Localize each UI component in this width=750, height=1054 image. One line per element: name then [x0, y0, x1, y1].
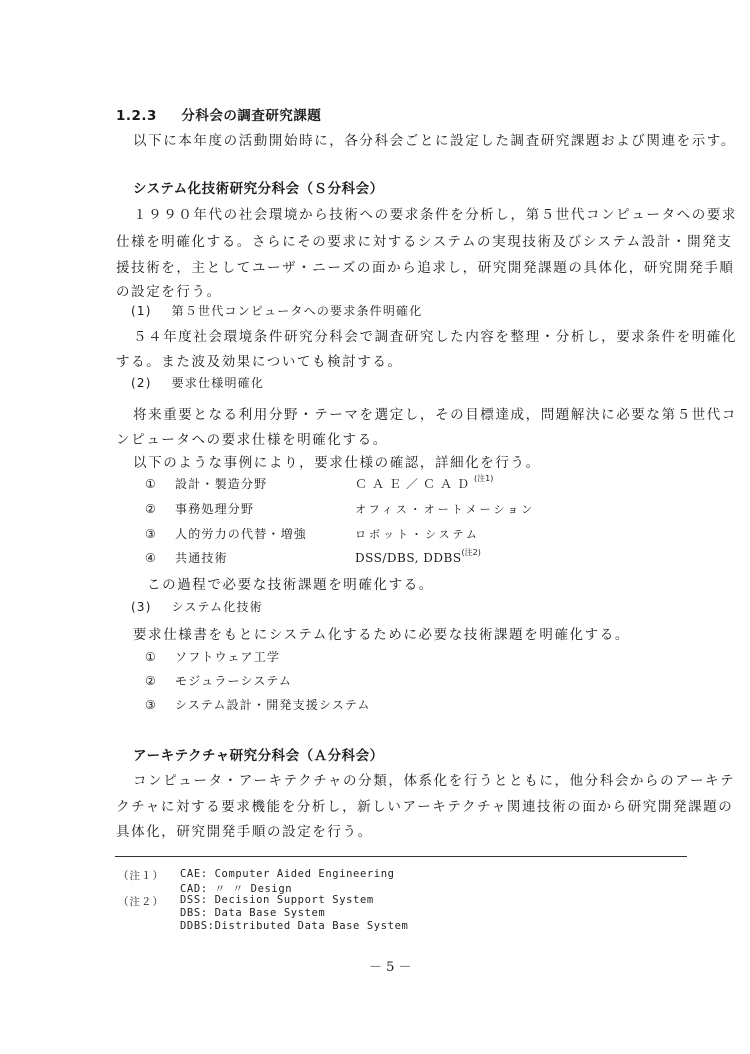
- item3-heading: (3) システム化技術: [131, 598, 263, 615]
- item1-title: 第５世代コンピュータへの要求条件明確化: [172, 304, 423, 318]
- list-num: ①: [145, 650, 175, 664]
- footnote-2-label: （注２）: [118, 894, 164, 909]
- example-row-1: ①設計・製造分野ＣＡＥ／ＣＡＤ(注1): [145, 475, 493, 492]
- item3-list-2: ②モジュラーシステム: [145, 672, 292, 689]
- a-group-para-line-2: クチャに対する要求機能を分析し，新しいアーキテクチャ関連技術の面から研究開発課題…: [116, 795, 733, 815]
- example-field: 事務処理分野: [175, 500, 355, 517]
- a-group-para-line-1: コンピュータ・アーキテクチャの分類，体系化を行うとともに，他分科会からのアーキテ: [133, 769, 735, 789]
- item1-body-line-2: する。また波及効果についても検討する。: [116, 350, 403, 370]
- list-num: ②: [145, 674, 175, 688]
- example-row-2: ②事務処理分野オフィス・オートメーション: [145, 500, 535, 517]
- example-row-4: ④共通技術DSS/DBS, DDBS(注2): [145, 549, 481, 566]
- s-group-para-line-3: 援技術を，主としてユーザ・ニーズの面から追求し，研究開発課題の具体化，研究開発手…: [116, 256, 734, 276]
- page-number: － 5 －: [369, 956, 412, 975]
- item2-body-line-1: 将来重要となる利用分野・テーマを選定し，その目標達成，問題解決に必要な第５世代コ: [133, 403, 737, 423]
- footnote-1-label: （注１）: [118, 868, 164, 883]
- item3-list-1: ①ソフトウェア工学: [145, 648, 280, 665]
- footnote-1-line-1: CAE: Computer Aided Engineering: [180, 868, 395, 880]
- list-num: ③: [145, 698, 175, 712]
- item2-body-line-2: ンピュータへの要求仕様を明確化する。: [116, 428, 388, 448]
- section-title: 分科会の調査研究課題: [181, 108, 321, 124]
- list-text: システム設計・開発支援システム: [175, 698, 371, 712]
- example-row-3: ③人的労力の代替・増強ロボット・システム: [145, 525, 480, 542]
- item1-heading: (1) 第５世代コンピュータへの要求条件明確化: [131, 302, 422, 319]
- item2-heading: (2) 要求仕様明確化: [131, 374, 264, 391]
- footnote-2-line-2: DBS: Data Base System: [180, 907, 325, 919]
- section-number: 1.2.3: [116, 108, 157, 124]
- example-field: 設計・製造分野: [175, 475, 355, 492]
- example-tech: オフィス・オートメーション: [355, 503, 535, 516]
- s-group-para-line-1: １９９０年代の社会環境から技術への要求条件を分析し，第５世代コンピュータへの要求: [133, 203, 737, 223]
- example-field: 人的労力の代替・増強: [175, 525, 355, 542]
- a-group-heading: アーキテクチャ研究分科会（Ａ分科会）: [133, 744, 384, 764]
- s-group-para-line-2: 仕様を明確化する。さらにその要求に対するシステムの実現技術及びシステム設計・開発…: [116, 230, 732, 250]
- item3-title: システム化技術: [172, 600, 263, 614]
- footnote-2-line-1: DSS: Decision Support System: [180, 894, 374, 906]
- section-heading: 1.2.3 分科会の調査研究課題: [116, 104, 321, 124]
- example-tech: DSS/DBS, DDBS: [355, 551, 462, 565]
- item1-body-line-1: ５４年度社会環境条件研究分科会で調査研究した内容を整理・分析し，要求条件を明確化: [133, 325, 737, 345]
- item3-list-3: ③システム設計・開発支援システム: [145, 696, 371, 713]
- footnote-ref: (注1): [474, 474, 493, 483]
- example-field: 共通技術: [175, 549, 355, 566]
- list-text: モジュラーシステム: [175, 674, 292, 688]
- example-num: ①: [145, 477, 175, 491]
- example-num: ③: [145, 527, 175, 541]
- example-tech: ロボット・システム: [355, 528, 480, 541]
- s-group-heading: システム化技術研究分科会（Ｓ分科会）: [133, 177, 384, 197]
- item3-label: (3): [131, 600, 152, 614]
- item1-label: (1): [131, 304, 152, 318]
- footnote-2-line-3: DDBS:Distributed Data Base System: [180, 920, 408, 932]
- item2-title: 要求仕様明確化: [172, 376, 264, 390]
- example-num: ②: [145, 502, 175, 516]
- example-num: ④: [145, 551, 175, 565]
- a-group-para-line-3: 具体化，研究開発手順の設定を行う。: [116, 820, 373, 840]
- footnote-divider: [115, 856, 687, 857]
- example-tech: ＣＡＥ／ＣＡＤ: [355, 477, 474, 491]
- footnote-ref: (注2): [462, 548, 481, 557]
- item2-closing: この過程で必要な技術課題を明確化する。: [147, 573, 434, 593]
- item3-body: 要求仕様書をもとにシステム化するために必要な技術課題を明確化する。: [133, 623, 630, 643]
- item2-label: (2): [131, 376, 152, 390]
- section-intro: 以下に本年度の活動開始時に，各分科会ごとに設定した調査研究課題および関連を示す。: [133, 129, 736, 149]
- list-text: ソフトウェア工学: [175, 650, 280, 664]
- item2-body-line-3: 以下のような事例により，要求仕様の確認，詳細化を行う。: [133, 451, 541, 471]
- s-group-para-line-4: の設定を行う。: [116, 280, 222, 300]
